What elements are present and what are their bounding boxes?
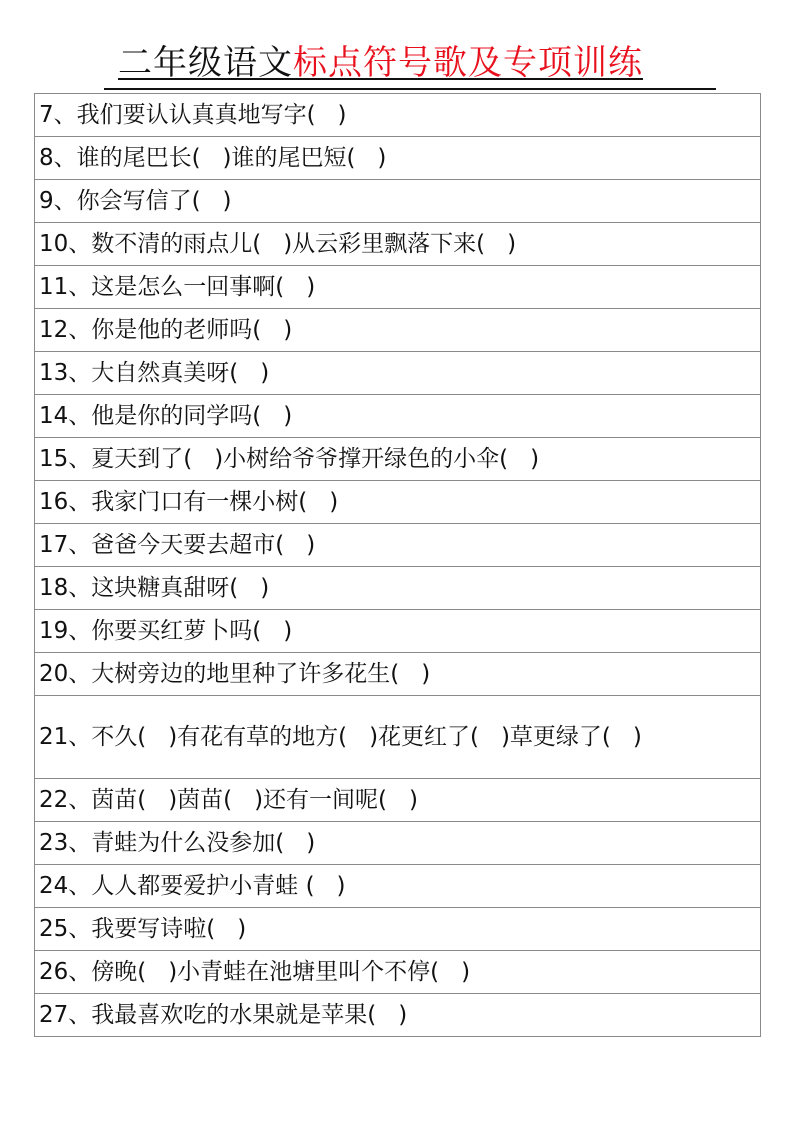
- question-cell: 10、数不清的雨点儿( )从云彩里飘落下来( ): [35, 223, 761, 266]
- question-text: 我要写诗啦( ): [91, 916, 246, 942]
- question-text: 你要买红萝卜吗( ): [91, 618, 292, 644]
- exercise-table: 7、我们要认认真真地写字( ) 8、谁的尾巴长( )谁的尾巴短( ) 9、你会写…: [34, 93, 761, 1037]
- table-row: 13、大自然真美呀( ): [35, 352, 761, 395]
- question-text: 茵苗( )茵苗( )还有一间呢( ): [91, 787, 418, 813]
- table-row: 11、这是怎么一回事啊( ): [35, 266, 761, 309]
- table-row: 9、你会写信了( ): [35, 180, 761, 223]
- question-number: 9、: [39, 188, 77, 214]
- question-text: 他是你的同学吗( ): [91, 403, 292, 429]
- question-text: 我最喜欢吃的水果就是苹果( ): [91, 1002, 407, 1028]
- question-cell: 26、傍晚( )小青蛙在池塘里叫个不停( ): [35, 951, 761, 994]
- question-number: 8、: [39, 145, 77, 171]
- question-cell: 8、谁的尾巴长( )谁的尾巴短( ): [35, 137, 761, 180]
- question-number: 27、: [39, 1002, 91, 1028]
- question-text: 你会写信了( ): [77, 188, 232, 214]
- title-topic: 标点符号歌及专项训练: [293, 43, 643, 83]
- title-divider: [104, 88, 716, 90]
- question-number: 14、: [39, 403, 91, 429]
- question-number: 22、: [39, 787, 91, 813]
- question-cell: 24、人人都要爱护小青蛙 ( ): [35, 865, 761, 908]
- question-text: 大自然真美呀( ): [91, 360, 269, 386]
- table-row: 8、谁的尾巴长( )谁的尾巴短( ): [35, 137, 761, 180]
- table-row: 21、不久( )有花有草的地方( )花更红了( )草更绿了( ): [35, 696, 761, 779]
- question-text: 我们要认认真真地写字( ): [77, 102, 347, 128]
- table-row: 15、夏天到了( )小树给爷爷撑开绿色的小伞( ): [35, 438, 761, 481]
- question-number: 25、: [39, 916, 91, 942]
- question-cell: 13、大自然真美呀( ): [35, 352, 761, 395]
- question-number: 21、: [39, 724, 91, 750]
- question-text: 爸爸今天要去超市( ): [91, 532, 315, 558]
- question-cell: 27、我最喜欢吃的水果就是苹果( ): [35, 994, 761, 1037]
- table-row: 27、我最喜欢吃的水果就是苹果( ): [35, 994, 761, 1037]
- question-number: 7、: [39, 102, 77, 128]
- question-cell: 12、你是他的老师吗( ): [35, 309, 761, 352]
- question-number: 26、: [39, 959, 91, 985]
- question-number: 20、: [39, 661, 91, 687]
- table-row: 16、我家门口有一棵小树( ): [35, 481, 761, 524]
- question-text: 谁的尾巴长( )谁的尾巴短( ): [77, 145, 387, 171]
- table-row: 10、数不清的雨点儿( )从云彩里飘落下来( ): [35, 223, 761, 266]
- question-number: 10、: [39, 231, 91, 257]
- question-cell: 19、你要买红萝卜吗( ): [35, 610, 761, 653]
- question-text: 不久( )有花有草的地方( )花更红了( )草更绿了( ): [91, 724, 642, 750]
- table-row: 17、爸爸今天要去超市( ): [35, 524, 761, 567]
- question-text: 夏天到了( )小树给爷爷撑开绿色的小伞( ): [91, 446, 539, 472]
- question-text: 这是怎么一回事啊( ): [91, 274, 315, 300]
- question-number: 23、: [39, 830, 91, 856]
- table-row: 20、大树旁边的地里种了许多花生( ): [35, 653, 761, 696]
- question-cell: 9、你会写信了( ): [35, 180, 761, 223]
- question-number: 17、: [39, 532, 91, 558]
- question-text: 傍晚( )小青蛙在池塘里叫个不停( ): [91, 959, 470, 985]
- question-text: 数不清的雨点儿( )从云彩里飘落下来( ): [91, 231, 516, 257]
- table-row: 23、青蛙为什么没参加( ): [35, 822, 761, 865]
- question-cell: 11、这是怎么一回事啊( ): [35, 266, 761, 309]
- page-header: 二年级语文标点符号歌及专项训练: [104, 40, 716, 92]
- question-cell: 25、我要写诗啦( ): [35, 908, 761, 951]
- table-row: 26、傍晚( )小青蛙在池塘里叫个不停( ): [35, 951, 761, 994]
- question-text: 我家门口有一棵小树( ): [91, 489, 338, 515]
- question-number: 11、: [39, 274, 91, 300]
- question-cell: 18、这块糖真甜呀( ): [35, 567, 761, 610]
- table-row: 12、你是他的老师吗( ): [35, 309, 761, 352]
- title-grade-subject: 二年级语文: [118, 43, 293, 83]
- question-text: 你是他的老师吗( ): [91, 317, 292, 343]
- table-row: 7、我们要认认真真地写字( ): [35, 94, 761, 137]
- question-number: 16、: [39, 489, 91, 515]
- question-text: 大树旁边的地里种了许多花生( ): [91, 661, 430, 687]
- table-row: 18、这块糖真甜呀( ): [35, 567, 761, 610]
- table-row: 25、我要写诗啦( ): [35, 908, 761, 951]
- question-number: 13、: [39, 360, 91, 386]
- question-cell: 14、他是你的同学吗( ): [35, 395, 761, 438]
- table-row: 22、茵苗( )茵苗( )还有一间呢( ): [35, 779, 761, 822]
- page-title: 二年级语文标点符号歌及专项训练: [118, 42, 643, 84]
- question-cell: 20、大树旁边的地里种了许多花生( ): [35, 653, 761, 696]
- question-cell: 17、爸爸今天要去超市( ): [35, 524, 761, 567]
- question-number: 18、: [39, 575, 91, 601]
- question-cell: 7、我们要认认真真地写字( ): [35, 94, 761, 137]
- question-number: 24、: [39, 873, 91, 899]
- question-cell: 22、茵苗( )茵苗( )还有一间呢( ): [35, 779, 761, 822]
- question-cell: 16、我家门口有一棵小树( ): [35, 481, 761, 524]
- table-row: 19、你要买红萝卜吗( ): [35, 610, 761, 653]
- table-row: 14、他是你的同学吗( ): [35, 395, 761, 438]
- question-cell: 23、青蛙为什么没参加( ): [35, 822, 761, 865]
- question-number: 15、: [39, 446, 91, 472]
- question-cell: 15、夏天到了( )小树给爷爷撑开绿色的小伞( ): [35, 438, 761, 481]
- question-text: 人人都要爱护小青蛙 ( ): [91, 873, 345, 899]
- question-number: 12、: [39, 317, 91, 343]
- table-row: 24、人人都要爱护小青蛙 ( ): [35, 865, 761, 908]
- question-text: 这块糖真甜呀( ): [91, 575, 269, 601]
- question-cell: 21、不久( )有花有草的地方( )花更红了( )草更绿了( ): [35, 696, 761, 779]
- question-number: 19、: [39, 618, 91, 644]
- question-text: 青蛙为什么没参加( ): [91, 830, 315, 856]
